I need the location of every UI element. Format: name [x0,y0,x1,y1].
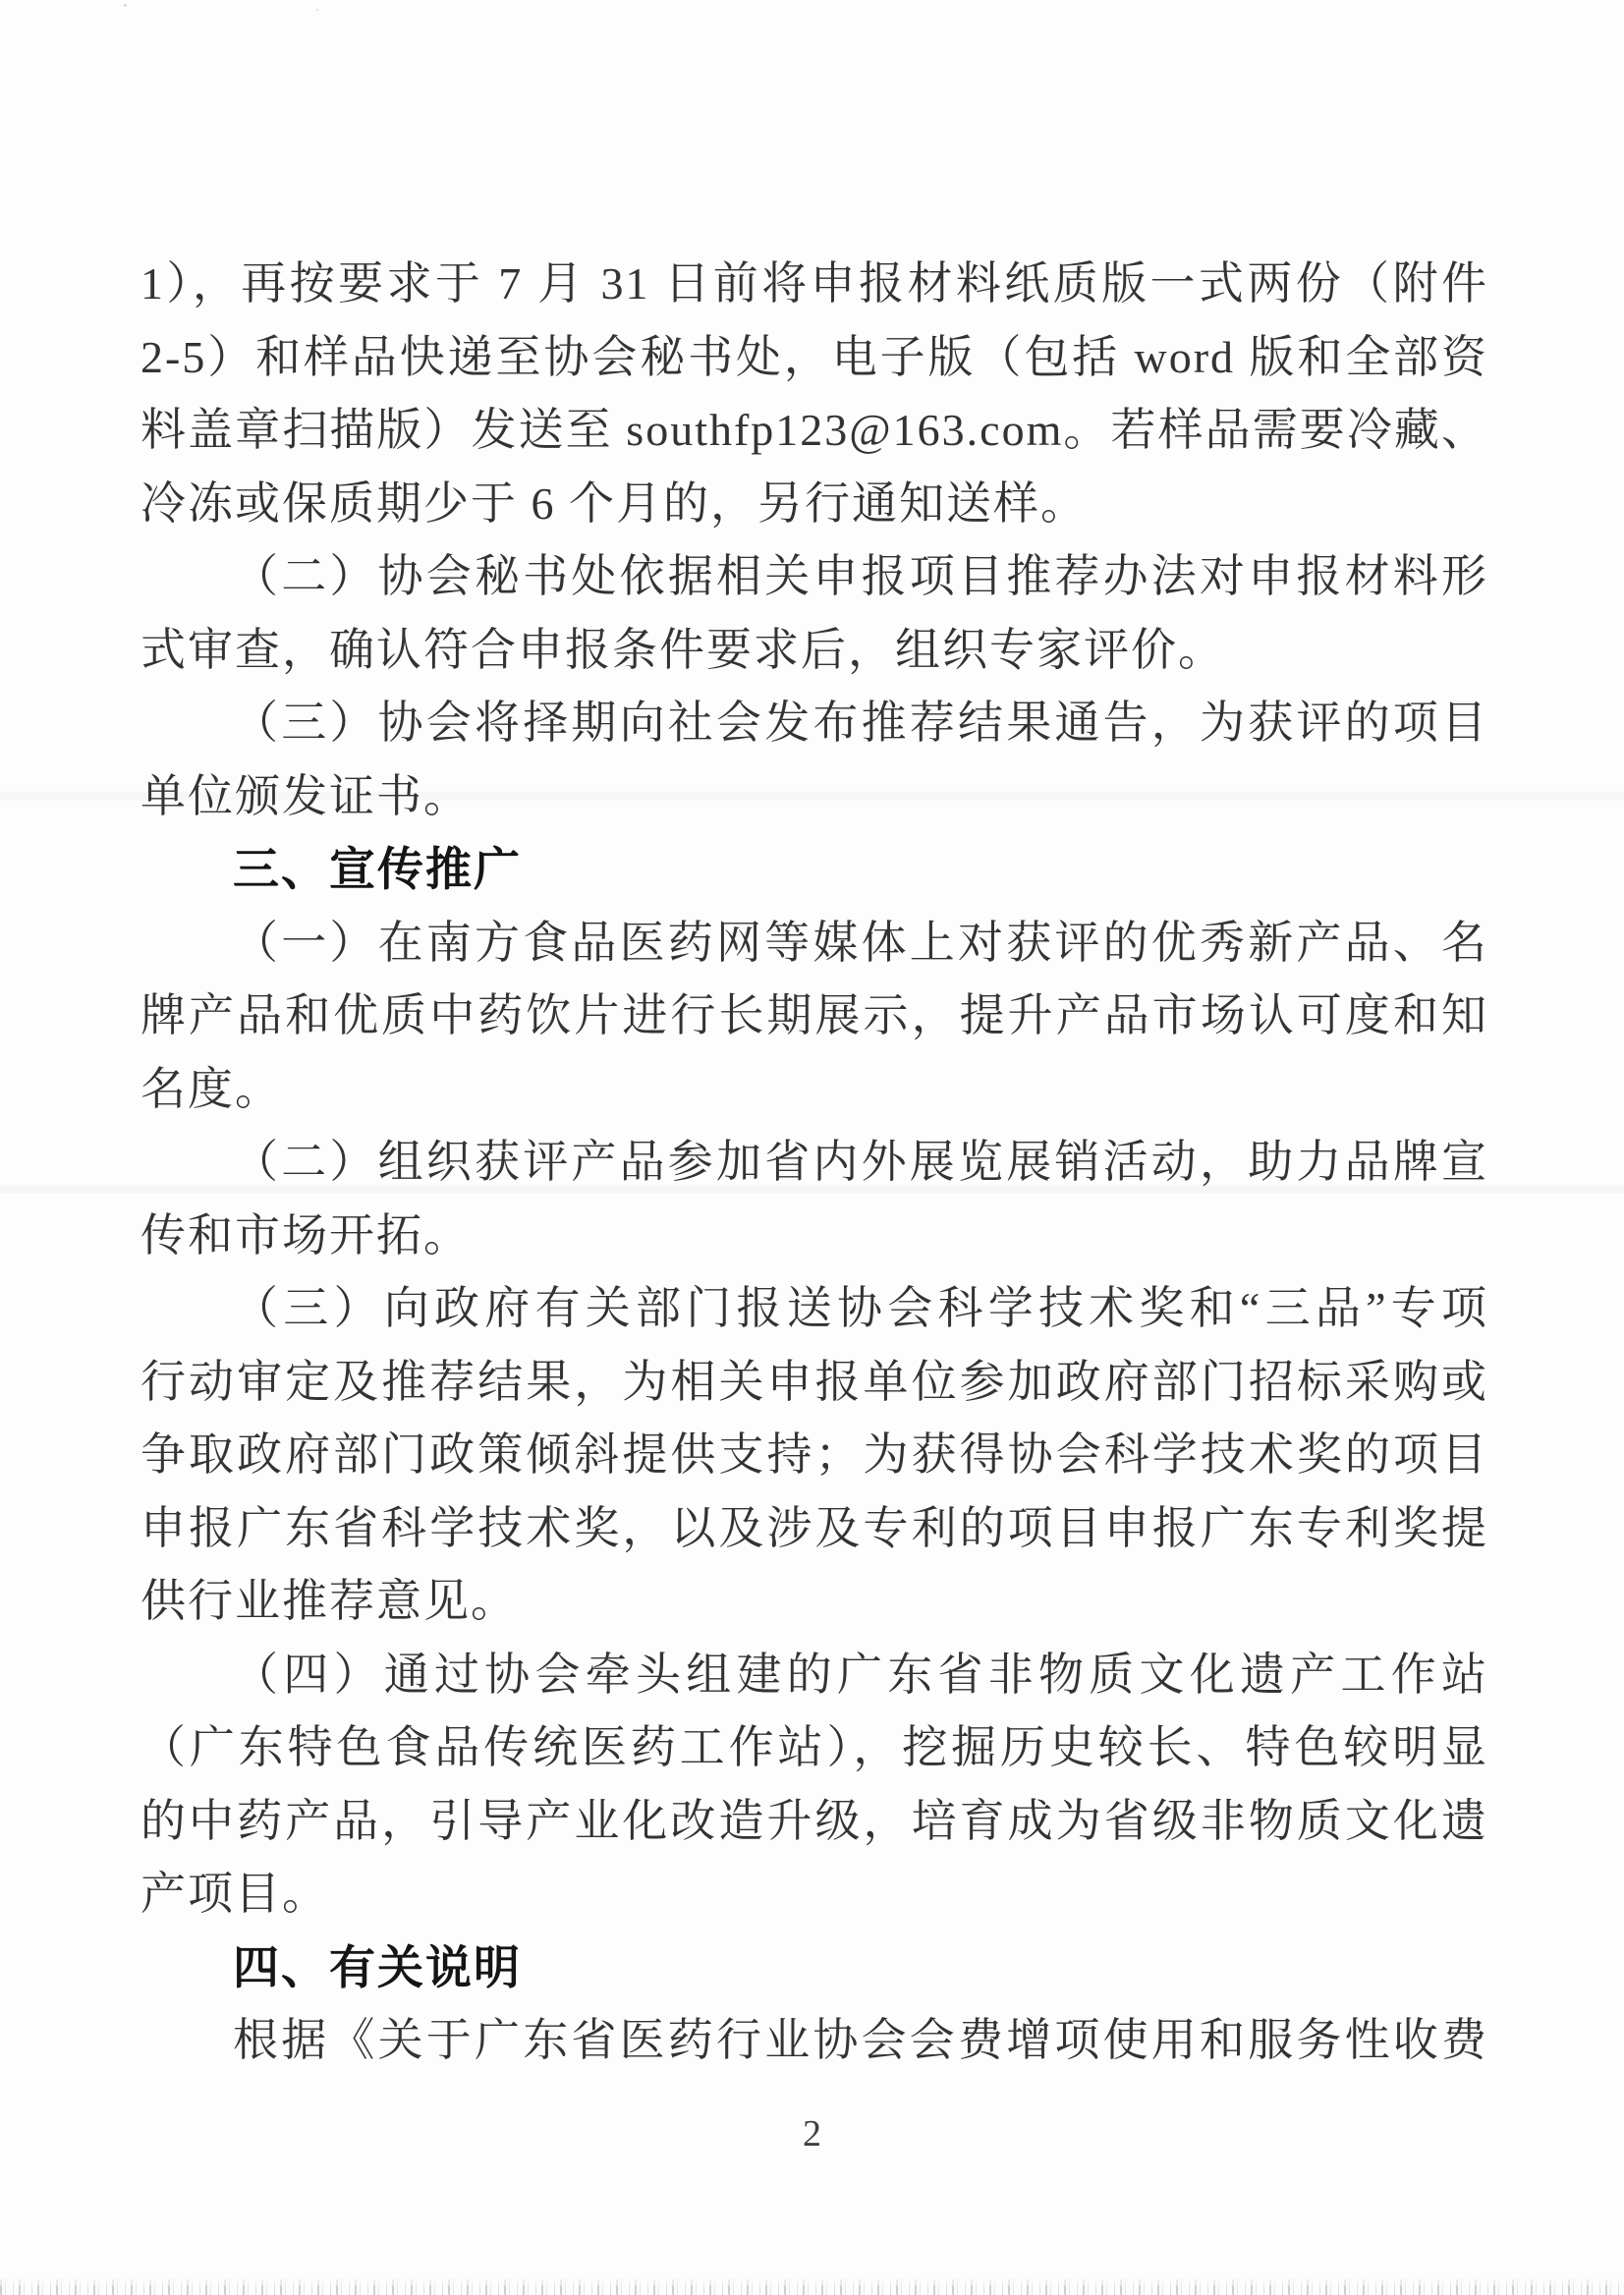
document-page: 1），再按要求于 7 月 31 日前将申报材料纸质版一式两份（附件2-5）和样品… [0,0,1624,2295]
text-line: 冷冻或保质期少于 6 个月的，另行通知送样。 [140,468,1488,541]
text-line: 式审查，确认符合申报条件要求后，组织专家评价。 [140,614,1488,688]
text-line: 申报广东省科学技术奖，以及涉及专利的项目申报广东专利奖提 [140,1492,1488,1566]
text-lines: 1），再按要求于 7 月 31 日前将申报材料纸质版一式两份（附件2-5）和样品… [140,248,1488,2078]
text-line: 单位颁发证书。 [140,760,1488,834]
text-line: 料盖章扫描版）发送至 southfp123@163.com。若样品需要冷藏、 [140,394,1488,468]
section-heading: 四、有关说明 [140,1931,1488,2005]
text-line: （三）向政府有关部门报送协会科学技术奖和“三品”专项 [140,1272,1488,1346]
text-line: 1），再按要求于 7 月 31 日前将申报材料纸质版一式两份（附件 [140,248,1488,321]
text-line: 传和市场开拓。 [140,1200,1488,1273]
text-line: 的中药产品，引导产业化改造升级，培育成为省级非物质文化遗 [140,1785,1488,1859]
text-line: （二）组织获评产品参加省内外展览展销活动，助力品牌宣 [140,1126,1488,1200]
text-line: （广东特色食品传统医药工作站），挖掘历史较长、特色较明显 [140,1711,1488,1785]
scan-speck [124,4,127,7]
text-line: （四）通过协会牵头组建的广东省非物质文化遗产工作站 [140,1639,1488,1712]
text-line: 产项目。 [140,1858,1488,1931]
text-line: 供行业推荐意见。 [140,1565,1488,1639]
text-line: 行动审定及推荐结果，为相关申报单位参加政府部门招标采购或 [140,1346,1488,1420]
text-line: 名度。 [140,1053,1488,1127]
scan-speck [316,9,318,11]
bottom-scan-noise [0,2285,1624,2295]
text-line: 2-5）和样品快递至协会秘书处，电子版（包括 word 版和全部资 [140,321,1488,395]
text-line: 牌产品和优质中药饮片进行长期展示，提升产品市场认可度和知 [140,980,1488,1053]
text-line: 争取政府部门政策倾斜提供支持；为获得协会科学技术奖的项目 [140,1419,1488,1492]
text-line: （三）协会将择期向社会发布推荐结果通告，为获评的项目 [140,687,1488,760]
text-line: （一）在南方食品医药网等媒体上对获评的优秀新产品、名 [140,907,1488,980]
section-heading: 三、宣传推广 [140,833,1488,907]
page-number: 2 [0,2112,1624,2155]
text-line: （二）协会秘书处依据相关申报项目推荐办法对申报材料形 [140,540,1488,614]
text-line: 根据《关于广东省医药行业协会会费增项使用和服务性收费 [140,2004,1488,2078]
